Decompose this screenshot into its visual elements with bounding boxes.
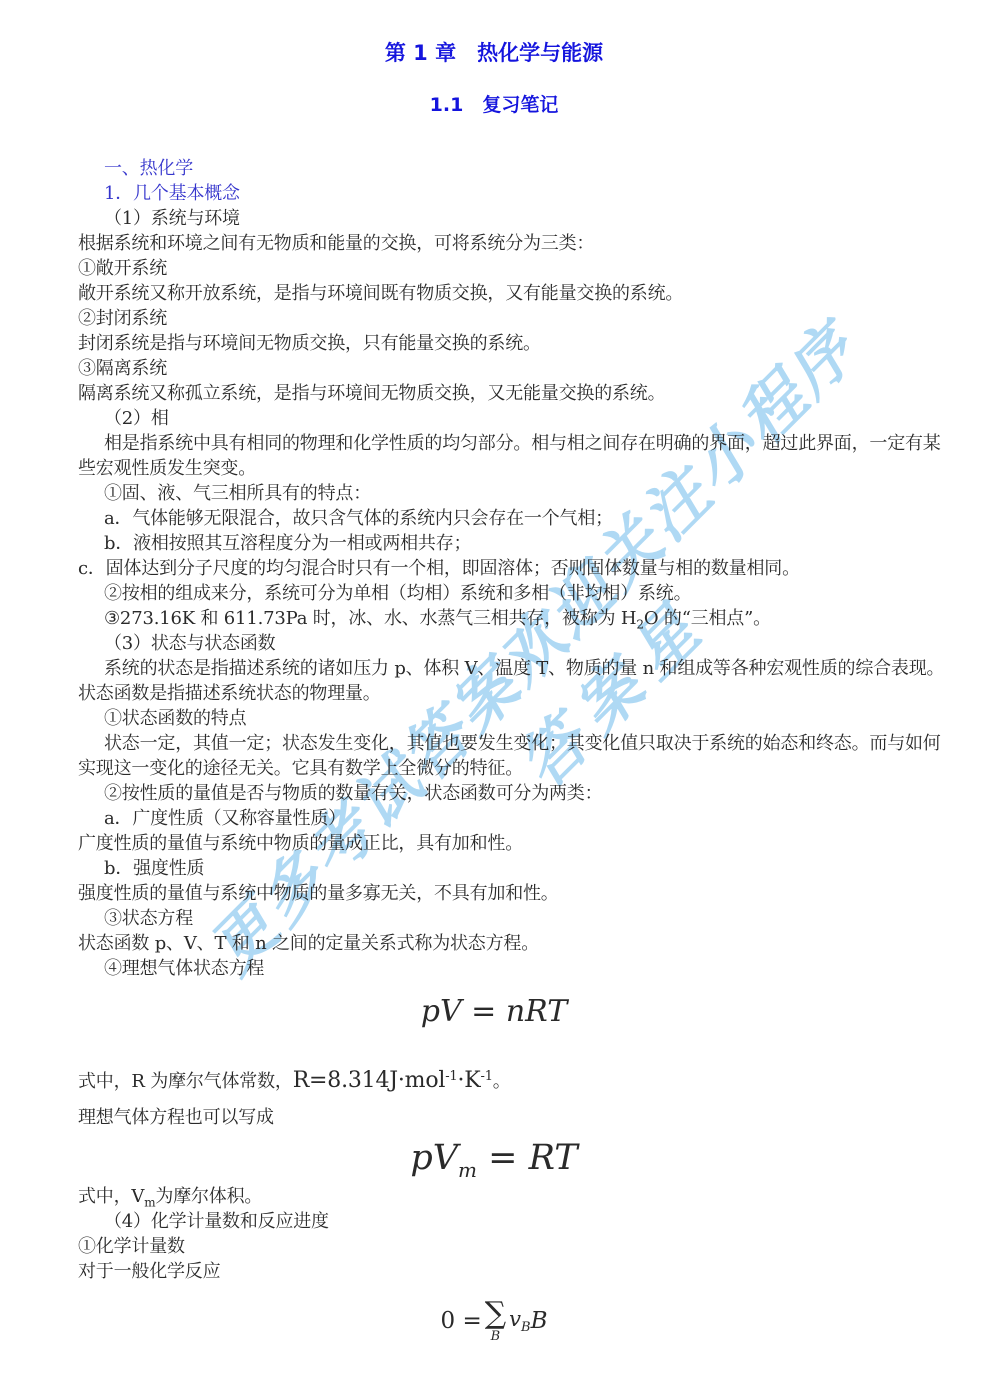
nu-subscript: B <box>521 1320 531 1335</box>
molar-subscript: m <box>458 1158 477 1182</box>
text-segment: 为摩尔体积。 <box>155 1186 262 1207</box>
sigma-stack: ∑B <box>485 1299 506 1343</box>
text-line: 状态函数是指描述系统状态的物理量。 <box>78 681 910 706</box>
text-line: 对于一般化学反应 <box>78 1259 910 1284</box>
vm-subscript: m <box>144 1196 155 1210</box>
formula-stoichiometric-sum: 0 = ∑BvBB <box>78 1290 910 1352</box>
text-line: 状态一定，其值一定；状态发生变化，其值也要发生变化；其变化值只取决于系统的始态和… <box>78 731 910 756</box>
text-line: 敞开系统又称开放系统，是指与环境间既有物质交换，又有能量交换的系统。 <box>78 281 910 306</box>
text-line: 些宏观性质发生突变。 <box>78 456 910 481</box>
text-line: ③状态方程 <box>78 906 910 931</box>
text-line: 广度性质的量值与系统中物质的量成正比，具有加和性。 <box>78 831 910 856</box>
kelvin-exponent: -1 <box>481 1069 493 1084</box>
text-segment: 式中，R 为摩尔气体常数， <box>78 1071 293 1092</box>
text-line: ①状态函数的特点 <box>78 706 910 731</box>
text-line: a．广度性质（又称容量性质） <box>78 806 910 831</box>
text-line: b．强度性质 <box>78 856 910 881</box>
text-line: ①固、液、气三相所具有的特点： <box>78 481 910 506</box>
text-segment: O 的“三相点”。 <box>644 608 771 629</box>
formula-ideal-gas-law: pV = nRT <box>78 989 910 1035</box>
text-segment: 式中，V <box>78 1186 144 1207</box>
text-line: （3）状态与状态函数 <box>78 631 910 656</box>
molar-volume-note-line: 式中，Vm为摩尔体积。 <box>78 1184 910 1209</box>
formula-segment: 0 = <box>441 1308 482 1334</box>
heading-thermochemistry: 一、热化学 <box>78 156 910 181</box>
stoichiometric-coefficient: vB <box>509 1307 530 1335</box>
formula-molar-volume-form: pVm = RT <box>78 1132 910 1184</box>
text-segment: ③273.16K 和 611.73Pa 时，冰、水、水蒸气三相共存，被称为 H <box>104 608 636 629</box>
body-text: 一、热化学 1．几个基本概念 （1）系统与环境 根据系统和环境之间有无物质和能量… <box>78 156 910 1352</box>
text-line: 相是指系统中具有相同的物理和化学性质的均匀部分。相与相之间存在明确的界面，超过此… <box>78 431 910 456</box>
text-line-h2o: ③273.16K 和 611.73Pa 时，冰、水、水蒸气三相共存，被称为 H2… <box>78 606 910 631</box>
text-line: （2）相 <box>78 406 910 431</box>
r-constant-value: R=8.314J·mol <box>293 1068 446 1093</box>
formula-segment: v <box>509 1307 521 1331</box>
text-line: a．气体能够无限混合，故只含气体的系统内只会存在一个气相； <box>78 506 910 531</box>
text-line: ②封闭系统 <box>78 306 910 331</box>
text-line: 强度性质的量值与系统中物质的量多寡无关，不具有加和性。 <box>78 881 910 906</box>
sigma-symbol: ∑ <box>485 1299 506 1329</box>
text-line: ②按性质的量值是否与物质的数量有关，状态函数可分为两类： <box>78 781 910 806</box>
h2o-subscript: 2 <box>636 618 643 632</box>
text-line: 状态函数 p、V、T 和 n 之间的定量关系式称为状态方程。 <box>78 931 910 956</box>
mol-exponent: -1 <box>445 1069 457 1084</box>
chapter-title: 第 1 章 热化学与能源 <box>78 42 910 64</box>
text-line: ④理想气体状态方程 <box>78 956 910 981</box>
section-subtitle: 1.1 复习笔记 <box>78 94 910 116</box>
r-constant-value: ·K <box>458 1068 481 1093</box>
text-line: b．液相按照其互溶程度分为一相或两相共存； <box>78 531 910 556</box>
species-symbol: B <box>531 1308 548 1334</box>
sigma-index: B <box>491 1330 501 1343</box>
text-line: 根据系统和环境之间有无物质和能量的交换，可将系统分为三类： <box>78 231 910 256</box>
text-line: ②按相的组成来分，系统可分为单相（均相）系统和多相（非均相）系统。 <box>78 581 910 606</box>
document-page: 更多考试答案欢迎关注小程序 答案星 第 1 章 热化学与能源 1.1 复习笔记 … <box>0 0 982 1389</box>
text-line: 封闭系统是指与环境间无物质交换，只有能量交换的系统。 <box>78 331 910 356</box>
formula-segment: = <box>477 1138 529 1178</box>
text-line: 系统的状态是指描述系统的诸如压力 p、体积 V、温度 T、物质的量 n 和组成等… <box>78 656 910 681</box>
text-line: ③隔离系统 <box>78 356 910 381</box>
heading-basic-concepts: 1．几个基本概念 <box>78 181 910 206</box>
formula-segment: pV <box>410 1138 458 1178</box>
text-line: 理想气体方程也可以写成 <box>78 1105 910 1130</box>
text-line: 隔离系统又称孤立系统，是指与环境间无物质交换，又无能量交换的系统。 <box>78 381 910 406</box>
gas-constant-line: 式中，R 为摩尔气体常数，R=8.314J·mol-1·K-1。 <box>78 1061 910 1093</box>
text-line: （1）系统与环境 <box>78 206 910 231</box>
text-line: （4）化学计量数和反应进度 <box>78 1209 910 1234</box>
text-line: 实现这一变化的途径无关。它具有数学上全微分的特征。 <box>78 756 910 781</box>
text-segment: 。 <box>493 1071 511 1092</box>
text-line: ①敞开系统 <box>78 256 910 281</box>
page-content: 第 1 章 热化学与能源 1.1 复习笔记 一、热化学 1．几个基本概念 （1）… <box>78 42 910 1352</box>
text-line: ①化学计量数 <box>78 1234 910 1259</box>
text-line: c．固体达到分子尺度的均匀混合时只有一个相，即固溶体；否则固体数量与相的数量相同… <box>78 556 910 581</box>
formula-segment: RT <box>529 1138 578 1178</box>
